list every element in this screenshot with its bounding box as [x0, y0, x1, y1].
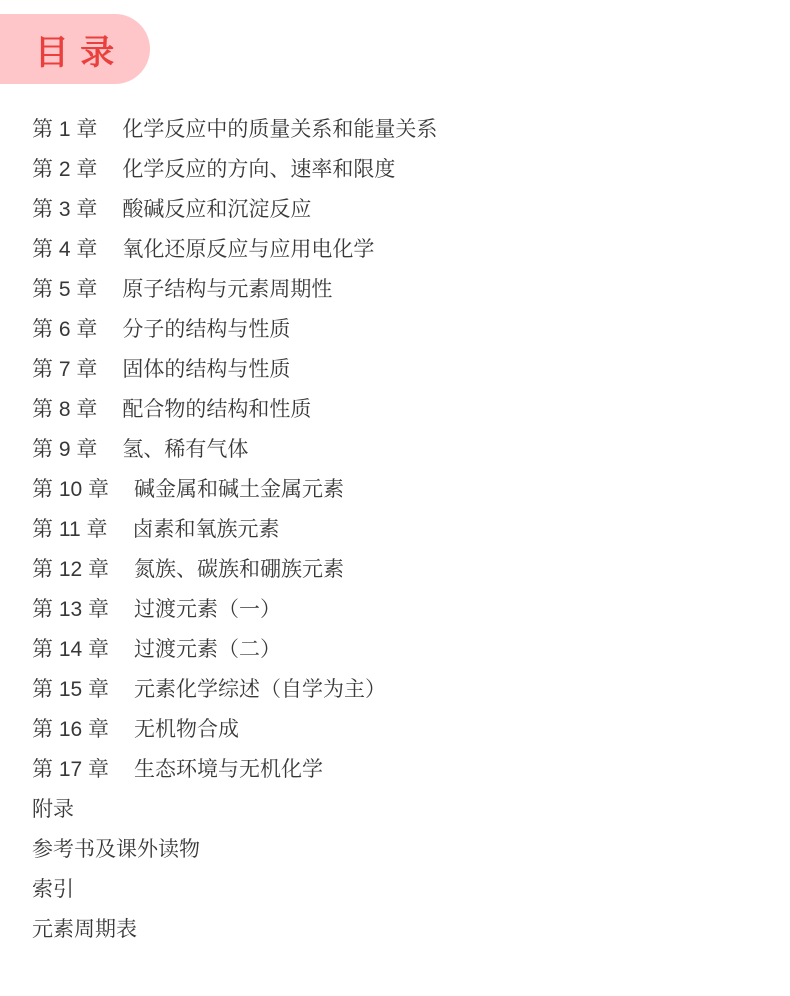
- toc-item: 第 17 章生态环境与无机化学: [32, 750, 774, 790]
- chapter-label: 第 7 章: [32, 358, 97, 381]
- chapter-label: 第 11 章: [32, 518, 107, 541]
- chapter-title: 氮族、碳族和硼族元素: [134, 558, 344, 581]
- chapter-title: 参考书及课外读物: [32, 838, 200, 861]
- chapter-title: 过渡元素（二）: [134, 638, 281, 661]
- toc-item: 元素周期表: [32, 910, 774, 950]
- chapter-label: 第 9 章: [32, 438, 97, 461]
- chapter-label: 第 14 章: [32, 638, 109, 661]
- toc-item: 第 16 章无机物合成: [32, 710, 774, 750]
- chapter-title: 酸碱反应和沉淀反应: [122, 198, 311, 221]
- toc-item: 第 6 章分子的结构与性质: [32, 310, 774, 350]
- chapter-label: 第 3 章: [32, 198, 97, 221]
- chapter-label: 第 8 章: [32, 398, 97, 421]
- chapter-label: 第 13 章: [32, 598, 109, 621]
- toc-item: 第 8 章配合物的结构和性质: [32, 390, 774, 430]
- toc-item: 附录: [32, 790, 774, 830]
- toc-item: 第 1 章化学反应中的质量关系和能量关系: [32, 110, 774, 150]
- chapter-title: 固体的结构与性质: [122, 358, 290, 381]
- chapter-label: 第 6 章: [32, 318, 97, 341]
- toc-list: 第 1 章化学反应中的质量关系和能量关系 第 2 章化学反应的方向、速率和限度 …: [32, 110, 774, 950]
- toc-item: 第 2 章化学反应的方向、速率和限度: [32, 150, 774, 190]
- toc-item: 第 5 章原子结构与元素周期性: [32, 270, 774, 310]
- toc-item: 第 9 章氢、稀有气体: [32, 430, 774, 470]
- chapter-label: 第 4 章: [32, 238, 97, 261]
- toc-item: 第 4 章氧化还原反应与应用电化学: [32, 230, 774, 270]
- chapter-title: 氢、稀有气体: [122, 438, 248, 461]
- toc-item: 索引: [32, 870, 774, 910]
- chapter-label: 第 5 章: [32, 278, 97, 301]
- chapter-title: 化学反应的方向、速率和限度: [122, 158, 395, 181]
- toc-header-badge: 目 录: [0, 14, 150, 84]
- toc-item: 参考书及课外读物: [32, 830, 774, 870]
- toc-item: 第 3 章酸碱反应和沉淀反应: [32, 190, 774, 230]
- toc-item: 第 14 章过渡元素（二）: [32, 630, 774, 670]
- chapter-title: 原子结构与元素周期性: [122, 278, 332, 301]
- chapter-title: 无机物合成: [134, 718, 239, 741]
- chapter-title: 分子的结构与性质: [122, 318, 290, 341]
- chapter-label: 第 1 章: [32, 118, 97, 141]
- toc-item: 第 15 章元素化学综述（自学为主）: [32, 670, 774, 710]
- chapter-title: 化学反应中的质量关系和能量关系: [122, 118, 437, 141]
- chapter-title: 生态环境与无机化学: [134, 758, 323, 781]
- chapter-title: 碱金属和碱土金属元素: [134, 478, 344, 501]
- chapter-label: 第 2 章: [32, 158, 97, 181]
- toc-item: 第 13 章过渡元素（一）: [32, 590, 774, 630]
- chapter-label: 第 10 章: [32, 478, 109, 501]
- chapter-title: 元素周期表: [32, 918, 137, 941]
- chapter-label: 第 16 章: [32, 718, 109, 741]
- chapter-label: 第 12 章: [32, 558, 109, 581]
- chapter-title: 附录: [32, 798, 74, 821]
- toc-item: 第 7 章固体的结构与性质: [32, 350, 774, 390]
- chapter-label: 第 17 章: [32, 758, 109, 781]
- toc-item: 第 10 章碱金属和碱土金属元素: [32, 470, 774, 510]
- chapter-title: 配合物的结构和性质: [122, 398, 311, 421]
- chapter-title: 索引: [32, 878, 74, 901]
- toc-item: 第 11 章卤素和氧族元素: [32, 510, 774, 550]
- toc-item: 第 12 章氮族、碳族和硼族元素: [32, 550, 774, 590]
- chapter-title: 卤素和氧族元素: [132, 518, 279, 541]
- chapter-title: 氧化还原反应与应用电化学: [122, 238, 374, 261]
- chapter-title: 过渡元素（一）: [134, 598, 281, 621]
- chapter-title: 元素化学综述（自学为主）: [134, 678, 386, 701]
- chapter-label: 第 15 章: [32, 678, 109, 701]
- toc-header-label: 目 录: [35, 25, 115, 74]
